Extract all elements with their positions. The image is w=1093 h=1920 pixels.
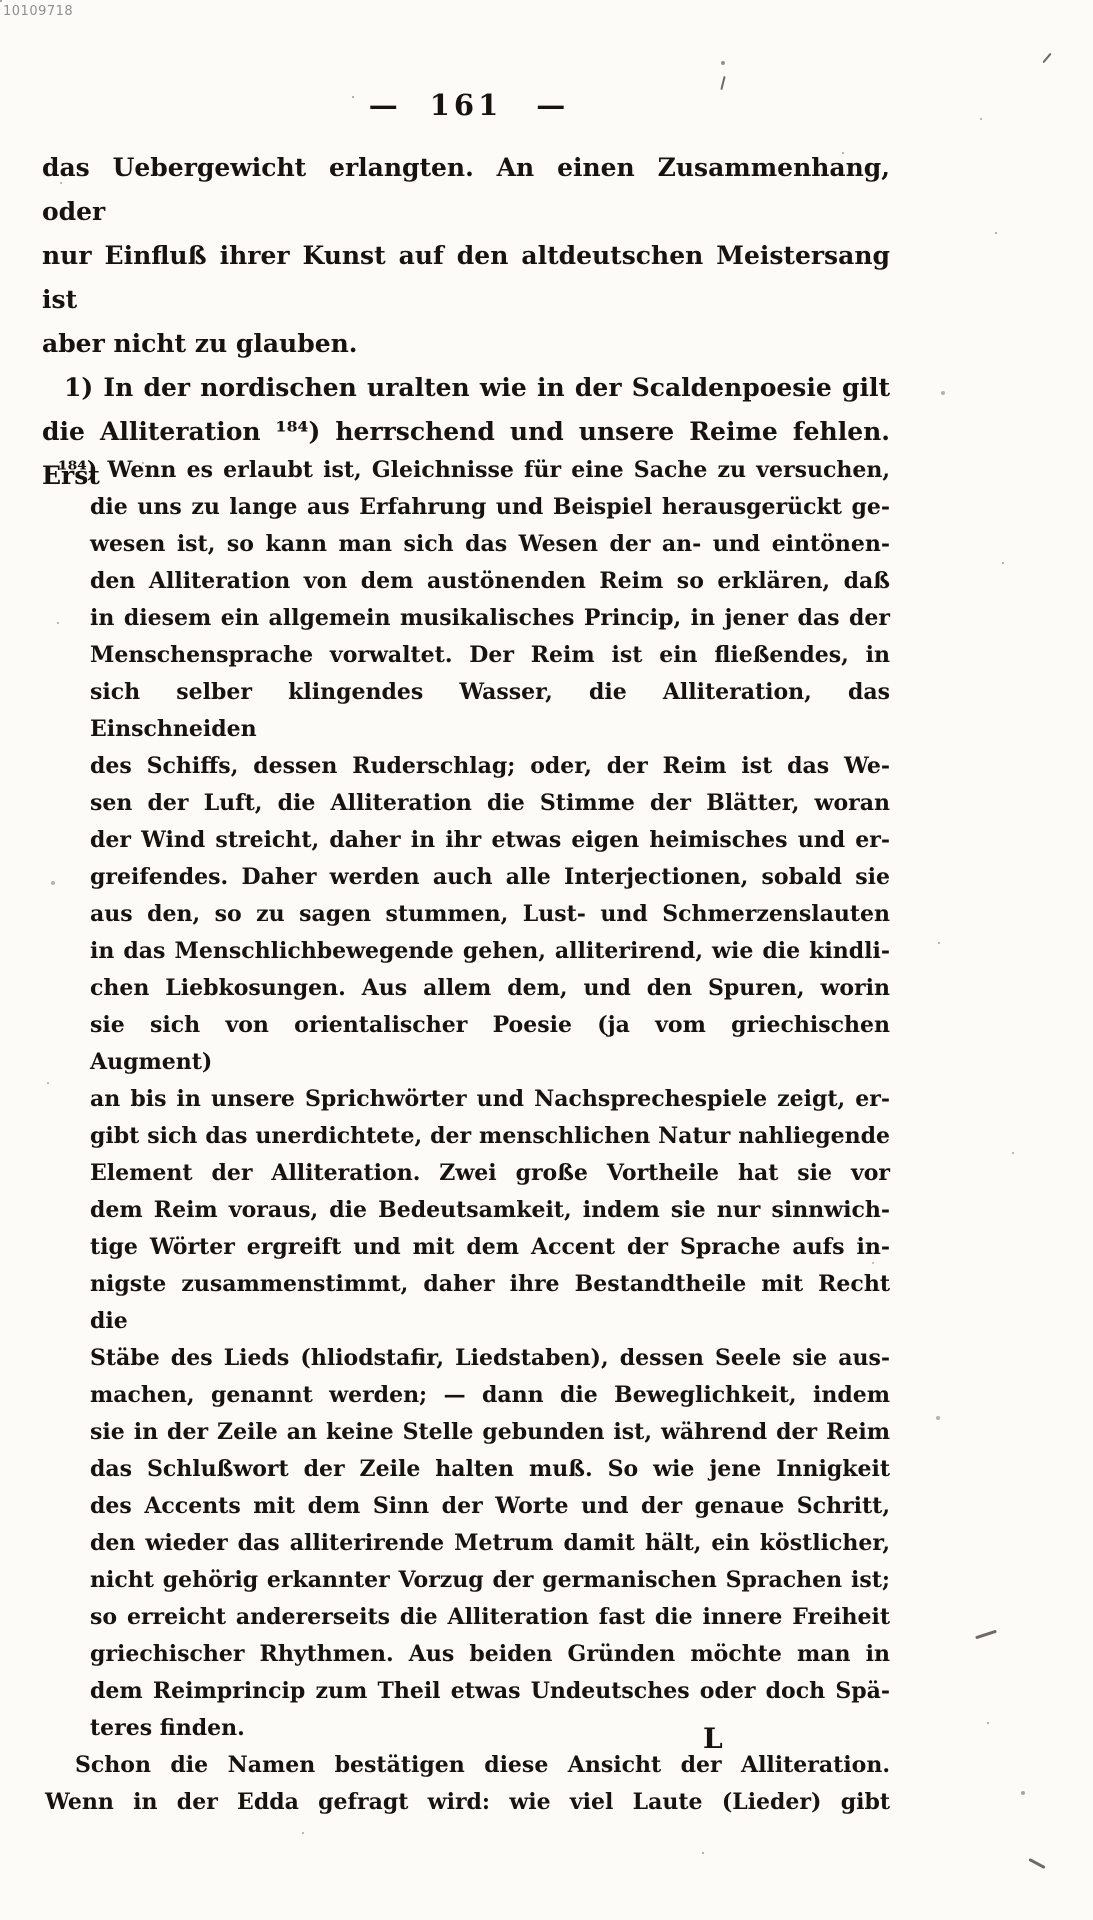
- text-line: chen Liebkosungen. Aus allem dem, und de…: [90, 970, 890, 1007]
- text-line: Schon die Namen bestätigen diese Ansicht…: [75, 1747, 890, 1784]
- scan-id-watermark: 10109718: [3, 4, 73, 19]
- text-line: aus den, so zu sagen stummen, Lust- und …: [90, 896, 890, 933]
- text-line: in diesem ein allgemein musikalisches Pr…: [90, 600, 890, 637]
- text-line: Element der Alliteration. Zwei große Vor…: [90, 1155, 890, 1192]
- text-line: Menschensprache vorwaltet. Der Reim ist …: [90, 637, 890, 674]
- text-line: des Schiffs, dessen Ruderschlag; oder, d…: [90, 748, 890, 785]
- text-line: nicht gehörig erkannter Vorzug der germa…: [90, 1562, 890, 1599]
- scan-artifact: [975, 1630, 997, 1640]
- text-line: tige Wörter ergreift und mit dem Accent …: [90, 1229, 890, 1266]
- scan-noise-specks: [0, 0, 2, 2]
- text-line: nigste zusammenstimmt, daher ihre Bestan…: [90, 1266, 890, 1340]
- header-dash-left: —: [369, 88, 396, 122]
- text-line: das Uebergewicht erlangten. An einen Zus…: [42, 146, 890, 234]
- text-line: an bis in unsere Sprichwörter und Nachsp…: [90, 1081, 890, 1118]
- page-header: —161—: [42, 88, 890, 122]
- text-line: sie in der Zeile an keine Stelle gebunde…: [90, 1414, 890, 1451]
- text-line: das Schlußwort der Zeile halten muß. So …: [90, 1451, 890, 1488]
- text-line: in das Menschlichbewegende gehen, allite…: [90, 933, 890, 970]
- text-line: gibt sich das unerdichtete, der menschli…: [90, 1118, 890, 1155]
- text-line: aber nicht zu glauben.: [42, 322, 890, 366]
- text-line: die uns zu lange aus Erfahrung und Beisp…: [90, 489, 890, 526]
- text-line: griechischer Rhythmen. Aus beiden Gründe…: [90, 1636, 890, 1673]
- text-line: dem Reimprincip zum Theil etwas Undeutsc…: [90, 1673, 890, 1710]
- main-text-block: das Uebergewicht erlangten. An einen Zus…: [42, 146, 890, 498]
- text-line: den wieder das alliterirende Metrum dami…: [90, 1525, 890, 1562]
- text-line: teres finden.: [90, 1710, 890, 1747]
- text-line: Stäbe des Lieds (hliodstafir, Liedstaben…: [90, 1340, 890, 1377]
- text-line: sen der Luft, die Alliteration die Stimm…: [90, 785, 890, 822]
- text-line: den Alliteration von dem austönenden Rei…: [90, 563, 890, 600]
- text-line: 1) In der nordischen uralten wie in der …: [42, 366, 890, 410]
- footnote-block: ¹⁸⁴) Wenn es erlaubt ist, Gleichnisse fü…: [90, 452, 890, 1821]
- text-line: ¹⁸⁴) Wenn es erlaubt ist, Gleichnisse fü…: [58, 452, 890, 489]
- signature-mark: L: [703, 1722, 723, 1755]
- book-page-scan: 10109718 —161— das Uebergewicht erlangte…: [0, 0, 1093, 1920]
- text-line: dem Reim voraus, die Bedeutsamkeit, inde…: [90, 1192, 890, 1229]
- page-number: 161: [430, 88, 503, 122]
- text-line: wesen ist, so kann man sich das Wesen de…: [90, 526, 890, 563]
- text-line: greifendes. Daher werden auch alle Inter…: [90, 859, 890, 896]
- text-line: des Accents mit dem Sinn der Worte und d…: [90, 1488, 890, 1525]
- text-line: der Wind streicht, daher in ihr etwas ei…: [90, 822, 890, 859]
- scan-artifact: [1028, 1858, 1045, 1869]
- text-line: nur Einfluß ihrer Kunst auf den altdeuts…: [42, 234, 890, 322]
- text-line: sie sich von orientalischer Poesie (ja v…: [90, 1007, 890, 1081]
- text-line: Wenn in der Edda gefragt wird: wie viel …: [45, 1784, 890, 1821]
- text-line: sich selber klingendes Wasser, die Allit…: [90, 674, 890, 748]
- text-line: so erreicht andererseits die Alliteratio…: [90, 1599, 890, 1636]
- text-line: machen, genannt werden; — dann die Beweg…: [90, 1377, 890, 1414]
- scan-artifact: [1042, 53, 1051, 63]
- header-dash-right: —: [536, 88, 563, 122]
